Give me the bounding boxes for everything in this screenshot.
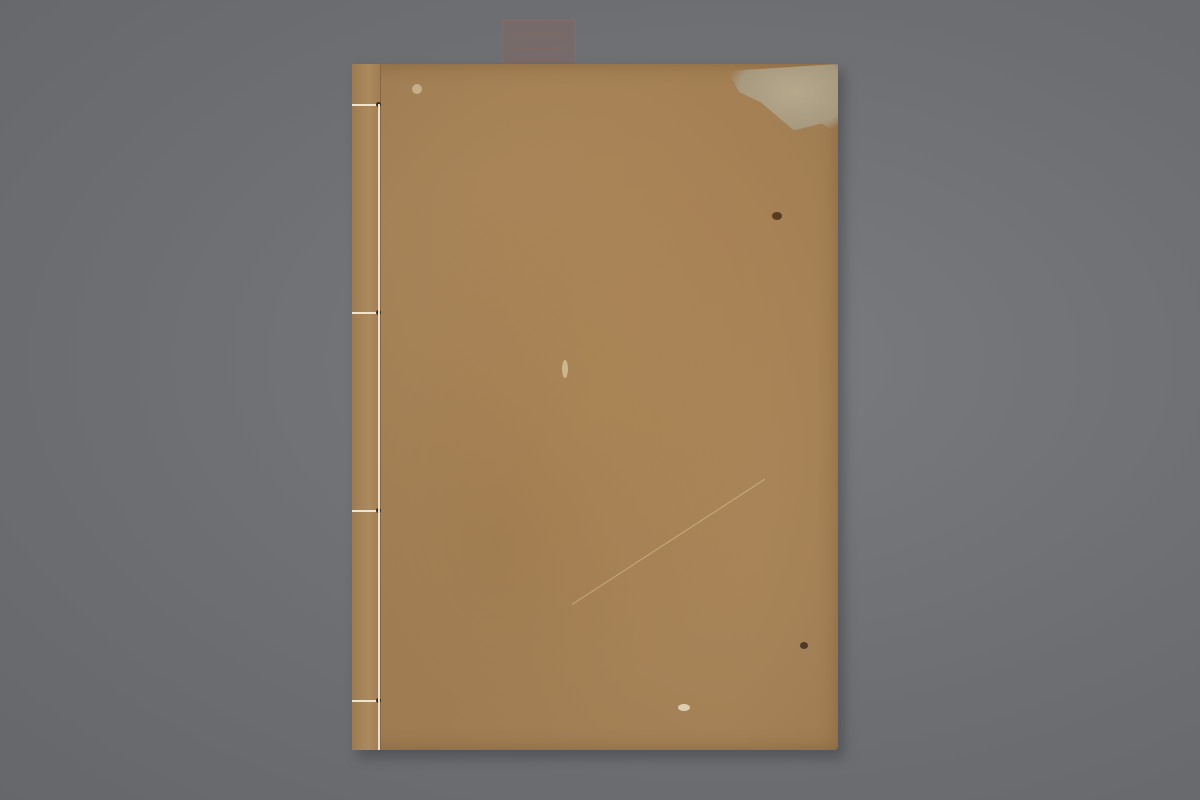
binding-thread [378,104,380,750]
book-cover [352,64,838,750]
stain [800,642,808,649]
book-spine [352,64,381,750]
stain [412,84,422,94]
damaged-corner [728,64,838,134]
stain [562,360,568,378]
binding-stitch [352,312,379,314]
stain [678,704,690,711]
binding-stitch [352,510,379,512]
binding-stitch [352,104,379,106]
stain [772,212,782,220]
crease [572,479,765,605]
binding-stitch [352,700,379,702]
